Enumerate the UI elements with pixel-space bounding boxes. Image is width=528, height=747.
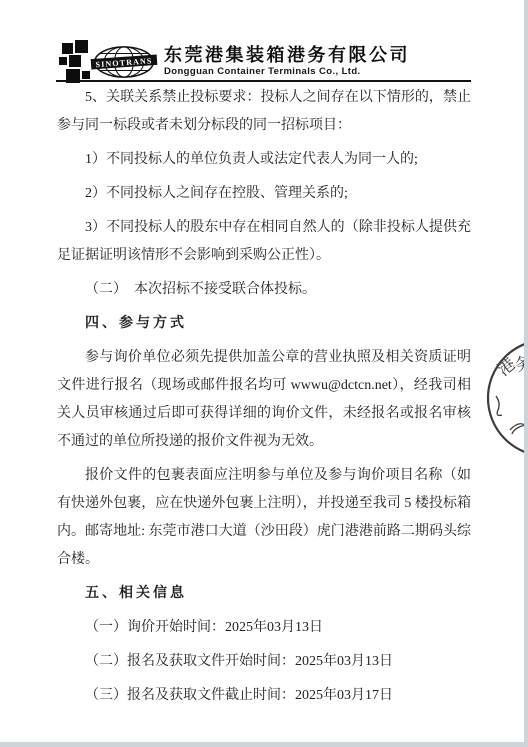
scanned-document-page: SINOTRANS 东莞港集装箱港务有限公司 Dongguan Containe…: [0, 0, 528, 747]
logo-square: [82, 71, 90, 79]
stamp-pen-mark: [496, 396, 502, 415]
paragraph: 5、关联关系禁止投标要求：投标人之间存在以下情形的，禁止参与同一标段或者未划分标…: [57, 84, 471, 140]
partial-ink-stamp: 港 务: [484, 330, 528, 470]
paragraph: （三）报名及获取文件截止时间：2025年03月17日: [57, 682, 471, 710]
paragraph: （一）询价开始时间：2025年03月13日: [57, 614, 471, 642]
paragraph: 参与询价单位必须先提供加盖公章的营业执照及相关资质证明文件进行报名（现场或邮件报…: [57, 344, 471, 456]
scan-edge-right: [524, 0, 528, 747]
logo-square: [75, 40, 88, 53]
document-body: 5、关联关系禁止投标要求：投标人之间存在以下情形的，禁止参与同一标段或者未划分标…: [57, 84, 471, 716]
sinotrans-squares-logo-icon: [59, 39, 93, 85]
paragraph: （二）报名及获取文件开始时间：2025年03月13日: [57, 648, 471, 676]
paragraph: 1）不同投标人的单位负责人或法定代表人为同一人的;: [57, 146, 471, 174]
section-heading: 四、参与方式: [57, 310, 471, 338]
logo-square: [59, 57, 67, 65]
company-name-chinese: 东莞港集装箱港务有限公司: [164, 41, 410, 67]
scan-edge-bottom: [0, 742, 528, 747]
paragraph: 报价文件的包裹表面应注明参与单位及参与询价项目名称（如有快递外包裹，应在快递外包…: [57, 462, 471, 574]
letterhead: SINOTRANS 东莞港集装箱港务有限公司 Dongguan Containe…: [0, 0, 528, 84]
paragraph: 2）不同投标人之间存在控股、管理关系的;: [57, 180, 471, 208]
sinotrans-globe-icon: SINOTRANS: [90, 45, 158, 79]
logo-square: [69, 55, 81, 67]
paragraph: （二） 本次招标不接受联合体投标。: [57, 276, 471, 304]
company-name-english: Dongguan Container Terminals Co., Ltd.: [164, 66, 361, 77]
stamp-pen-mark: [510, 424, 525, 434]
logo-square: [62, 43, 73, 54]
paragraph: 3）不同投标人的股东中存在相同自然人的（除非投标人提供充足证据证明该情形不会影响…: [57, 214, 471, 270]
header-divider: [56, 80, 471, 82]
section-heading: 五、相关信息: [57, 580, 471, 608]
